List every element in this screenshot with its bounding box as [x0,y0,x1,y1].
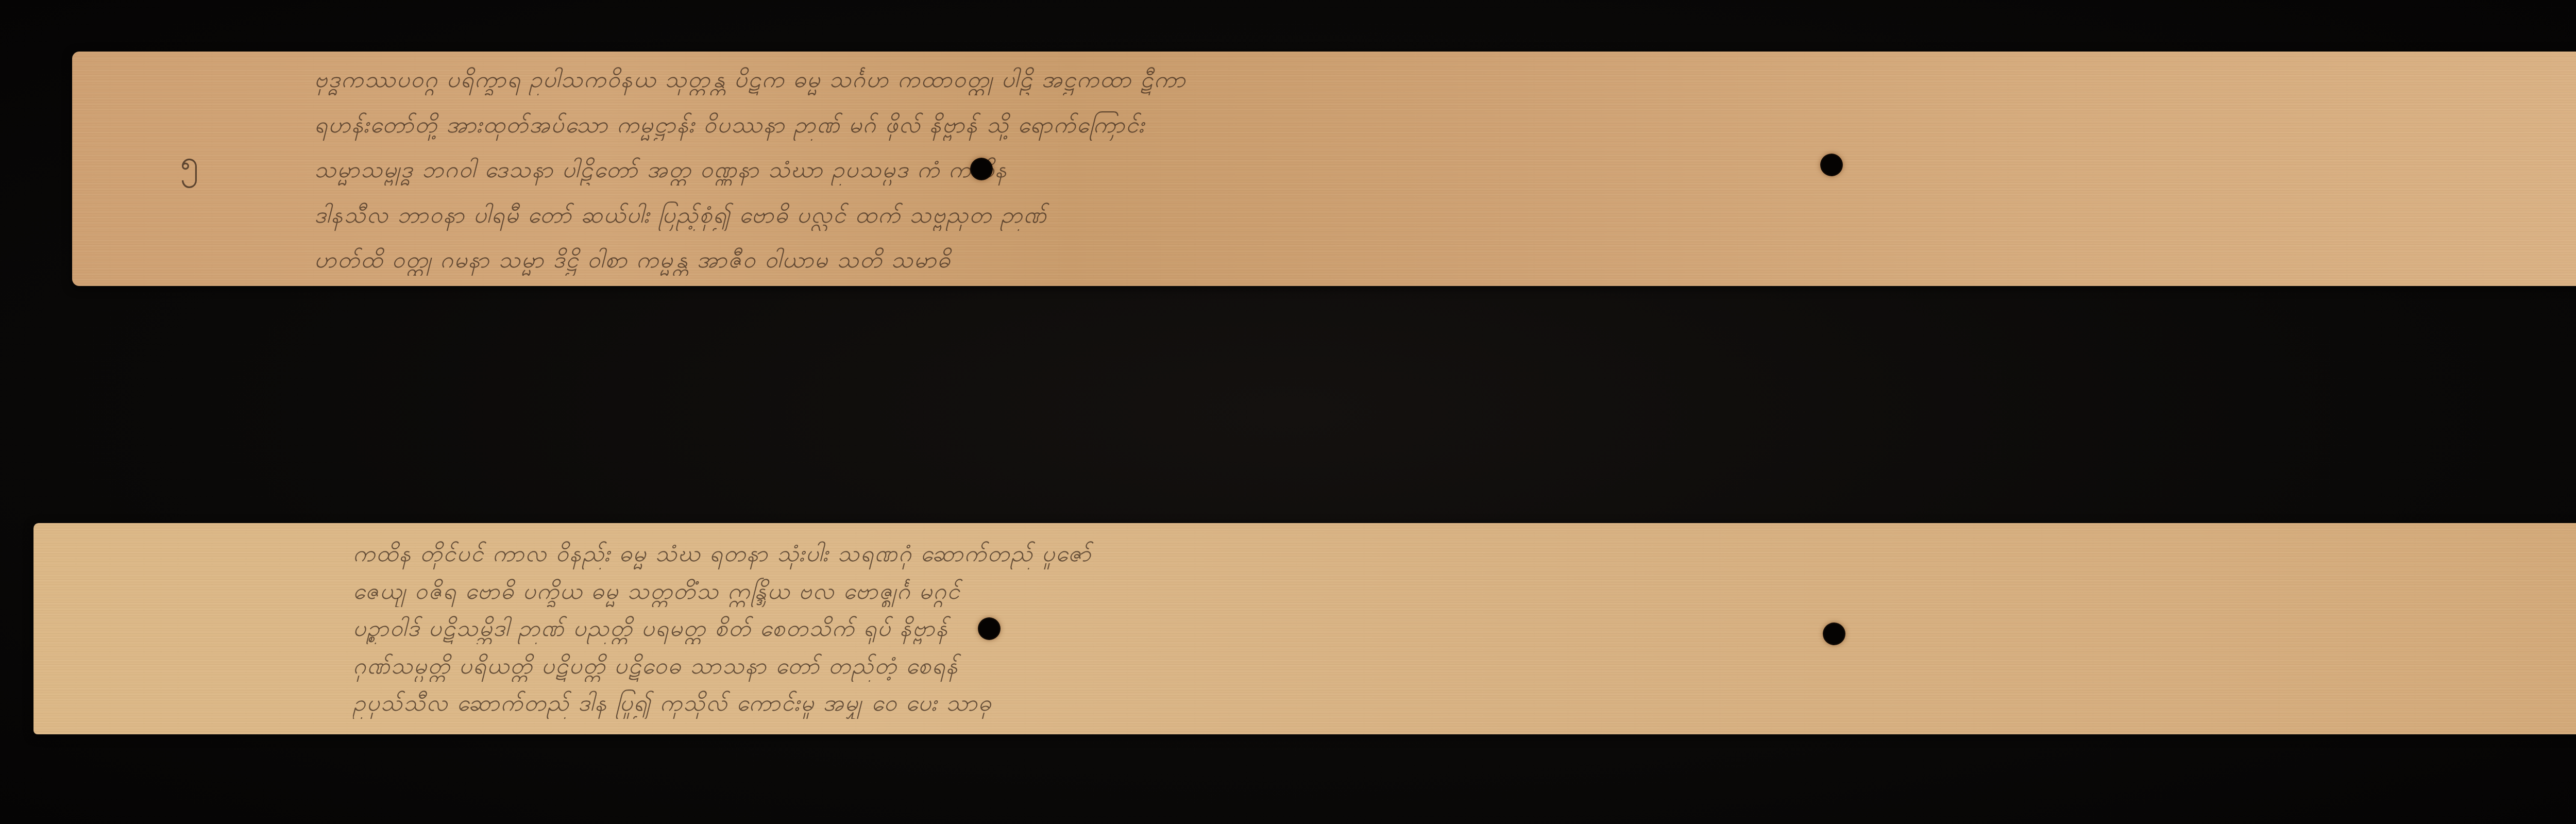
manuscript-line: ရဟန်းတော်တို့ အားထုတ်အပ်သော ကမ္မဋ္ဌာန်း … [314,110,2576,141]
manuscript-line: သမ္မာသမ္ဗုဒ္ဓ ဘဂဝါ ဒေသနာ ပါဠိတော် အတ္ထ ဝ… [314,155,2576,186]
binding-hole [978,617,1001,640]
manuscript-line: ဗုဒ္ဓကဿပဝဂ္ဂ ပရိက္ခာရ ဥပါသကဝိနယ သုတ္တန္တ… [314,64,2576,95]
binding-hole [1823,623,1845,645]
manuscript-line: ဂုဏ်သမ္ပတ္တိ ပရိယတ္တိ ပဋိပတ္တိ ပဋိဝေဓ သာ… [353,651,2576,682]
leaf-page-number: ၅ [180,142,199,190]
palm-leaf-manuscript-2: ကထိန တိုင်ပင် ကာလ ဝိနည်း ဓမ္မ သံဃ ရတနာ သ… [33,523,2576,734]
manuscript-line: ဥပုသ်သီလ ဆောက်တည် ဒါန ပြု၍ ကုသိုလ် ကောင်… [353,688,2576,719]
binding-hole [1820,154,1843,176]
manuscript-line: ဒါနသီလ ဘာဝနာ ပါရမီ တော် ဆယ်ပါး ပြည့်စုံ၍… [314,200,2576,231]
manuscript-line: ကထိန တိုင်ပင် ကာလ ဝိနည်း ဓမ္မ သံဃ ရတနာ သ… [353,539,2576,569]
manuscript-text-block: ဗုဒ္ဓကဿပဝဂ္ဂ ပရိက္ခာရ ဥပါသကဝိနယ သုတ္တန္တ… [314,64,2576,276]
binding-hole [970,158,993,180]
manuscript-line: ဟတ်ထိ ဝတ္ထု ဂမနာ သမ္မာ ဒိဋ္ဌိ ဝါစာ ကမ္မန… [314,245,2576,276]
manuscript-text-block: ကထိန တိုင်ပင် ကာလ ဝိနည်း ဓမ္မ သံဃ ရတနာ သ… [353,539,2576,719]
manuscript-line: ဇေယျ ဝဇိရ ဗောဓိ ပက္ခိယ ဓမ္မ သတ္တတိံသ ဣန္… [353,576,2576,607]
palm-leaf-manuscript-1: ၅ ဗုဒ္ဓကဿပဝဂ္ဂ ပရိက္ခာရ ဥပါသကဝိနယ သုတ္တန… [72,52,2576,286]
manuscript-line: ပဉ္စာဝါဒ် ပဋိသမ္ဘိဒါ ဉာဏ် ပညတ္တိ ပရမတ္ထ … [353,613,2576,644]
